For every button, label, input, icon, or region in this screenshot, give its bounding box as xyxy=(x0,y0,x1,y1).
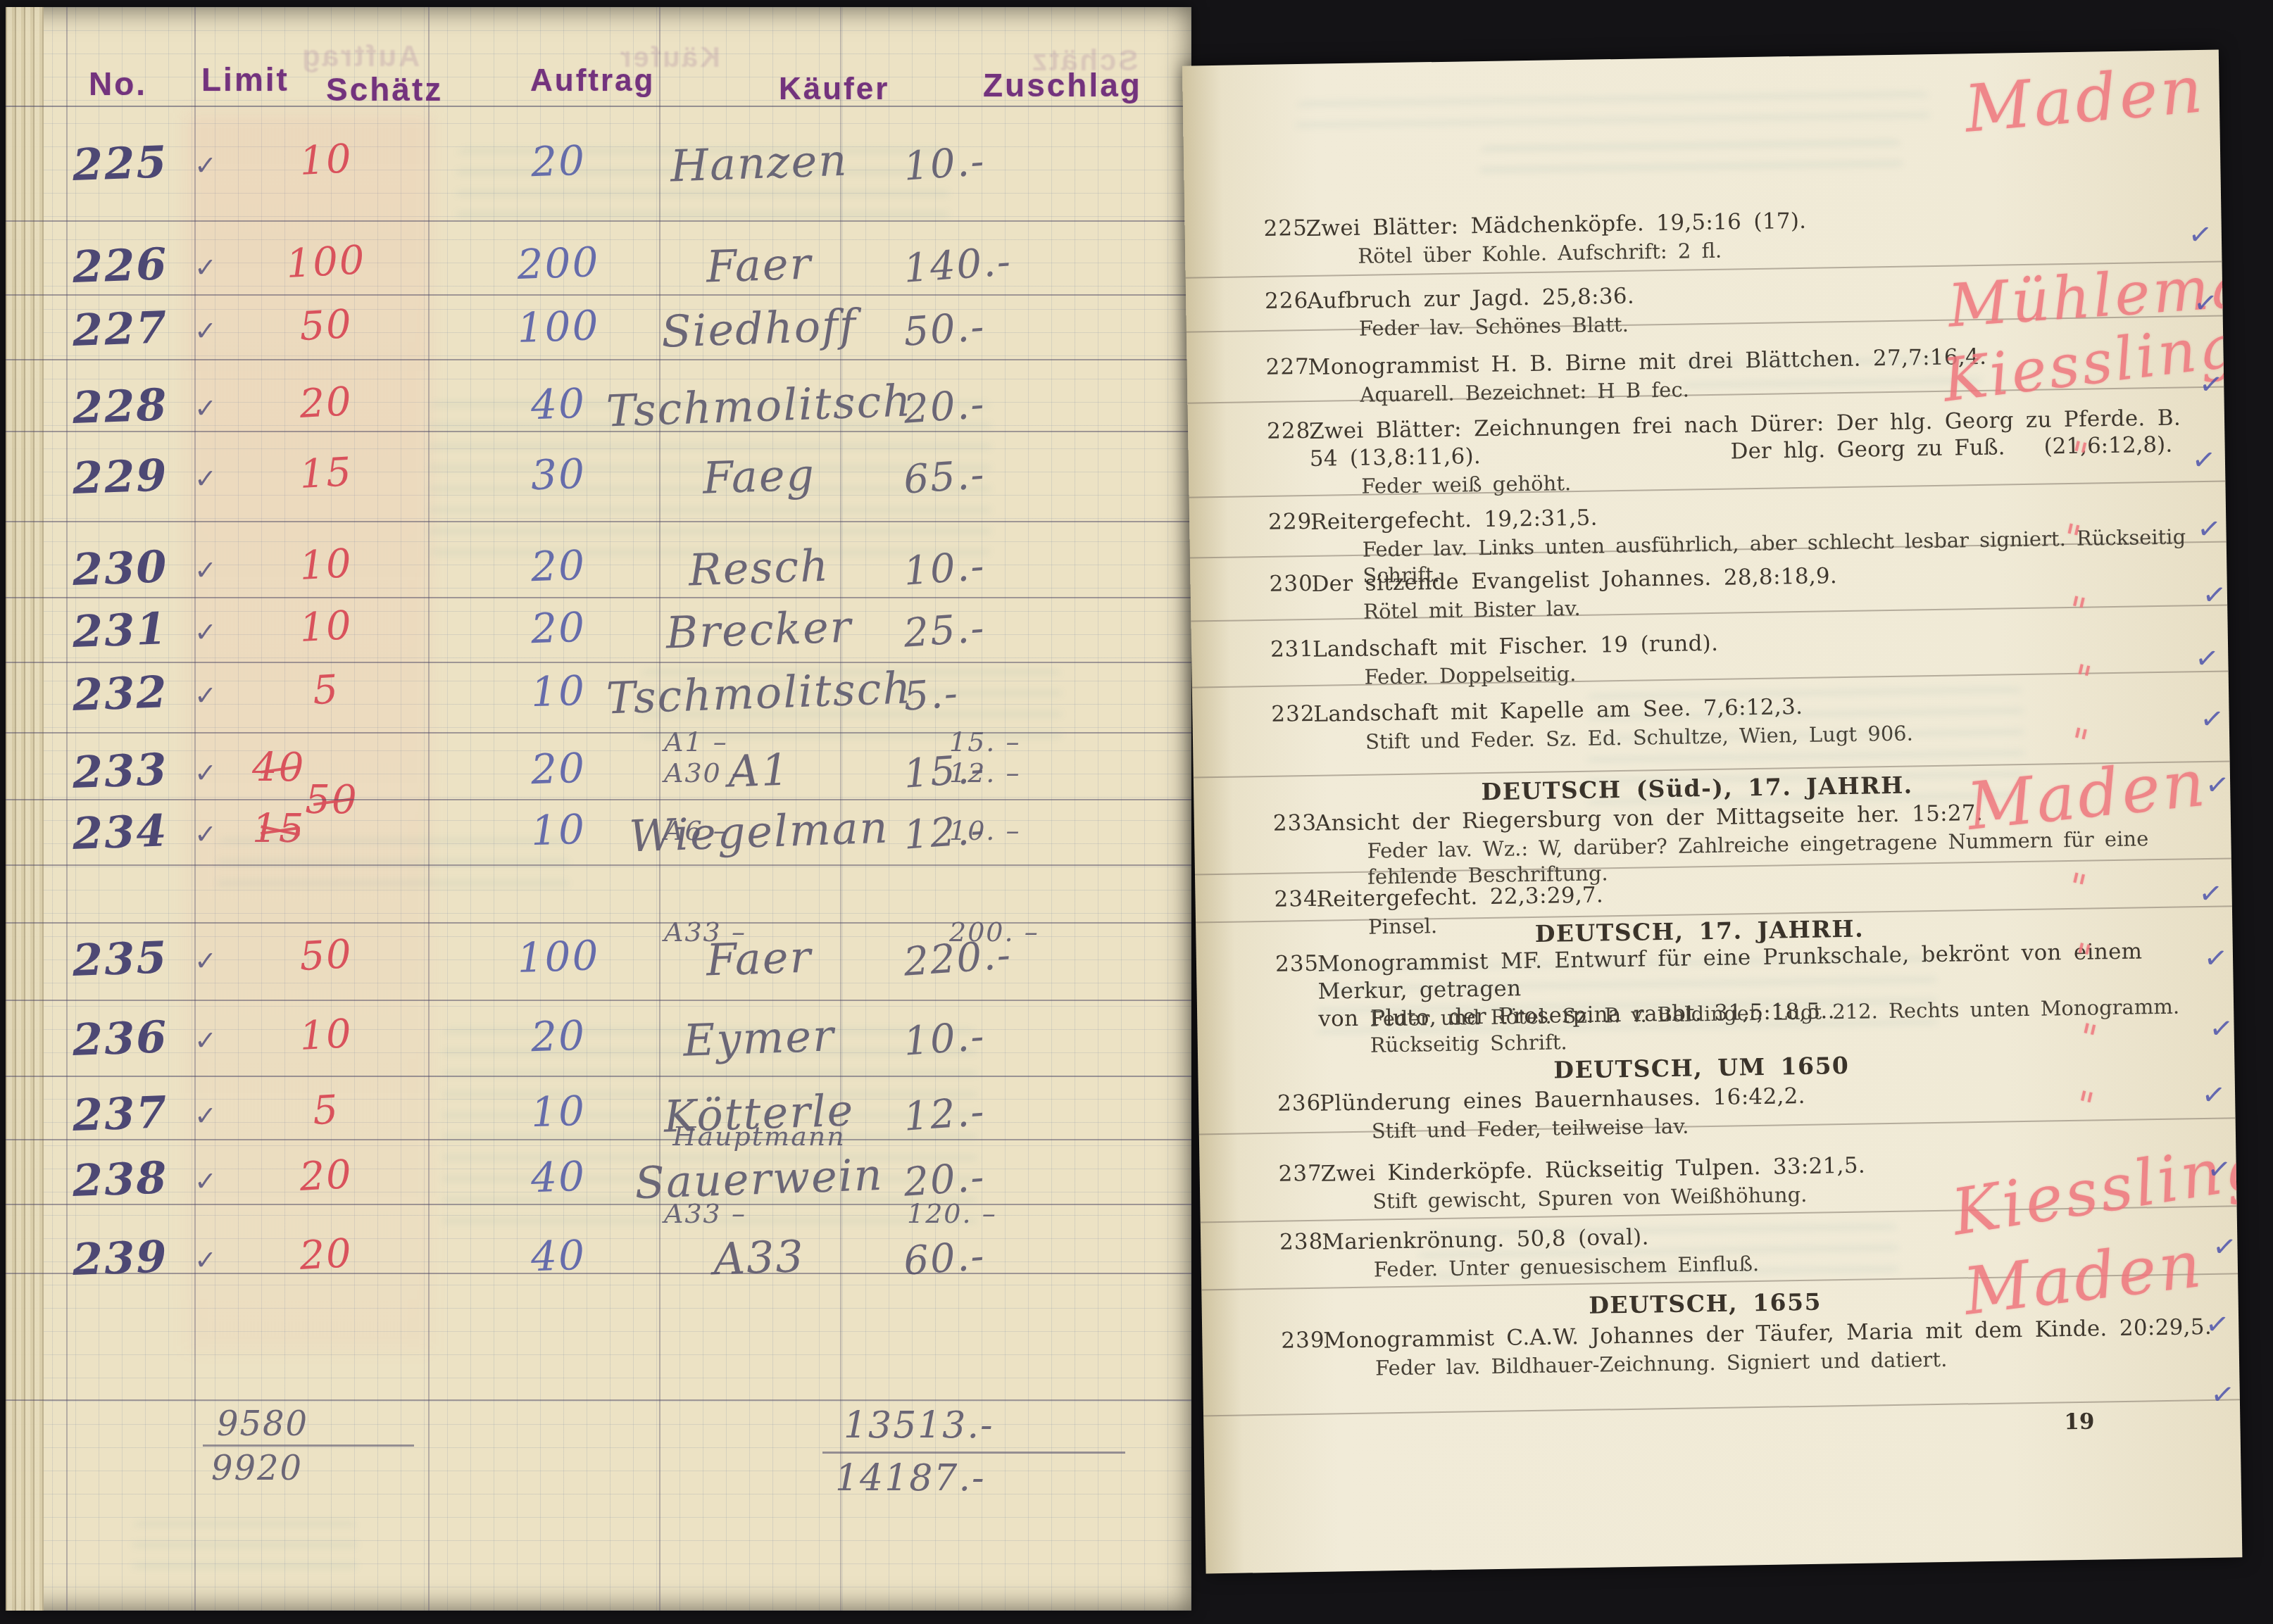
order-amount: 12. – xyxy=(949,757,1021,788)
row-separator xyxy=(6,662,1191,663)
header-limit: Limit xyxy=(201,61,289,99)
margin-checkmark: ✓ xyxy=(2196,512,2223,547)
bleed-through xyxy=(1479,139,1903,182)
book-photo: No. Limit Schätz Auftrag Käufer Zuschlag… xyxy=(0,0,2273,1624)
limit-value: 50 xyxy=(251,929,401,983)
margin-checkmark: ✓ xyxy=(2204,1307,2231,1342)
order-amount: 15. – xyxy=(949,726,1021,757)
limit-value: 20 xyxy=(251,377,401,430)
row-separator xyxy=(6,294,1191,296)
margin-checkmark: ✓ xyxy=(2202,941,2229,976)
order-amount: 200. – xyxy=(949,917,1039,948)
margin-checkmark: ✓ xyxy=(2208,1012,2235,1047)
row-separator xyxy=(6,1273,1191,1274)
order-note: A30 –12. – xyxy=(664,757,1087,788)
row-separator xyxy=(6,431,1191,432)
zuschlag-total: 14187.- xyxy=(835,1457,986,1499)
limit-total: 9920 xyxy=(211,1449,303,1488)
order-note: A6 –10. – xyxy=(664,815,1087,846)
order-amount: 120. – xyxy=(907,1198,997,1229)
limit-value: 15 xyxy=(251,447,401,501)
catalog-page: 225Zwei Blätter: Mädchenköpfe. 19,5:16 (… xyxy=(1182,50,2242,1574)
row-checkmark: ✓ xyxy=(194,945,217,976)
margin-checkmark: ✓ xyxy=(2200,1078,2227,1113)
lot-number: 234 xyxy=(72,804,193,860)
order-code: A1 – xyxy=(664,726,728,757)
limit-value: 10 xyxy=(251,539,401,592)
margin-checkmark: ✓ xyxy=(2198,367,2225,403)
row-checkmark: ✓ xyxy=(194,617,217,648)
total-rule xyxy=(203,1444,414,1447)
row-separator xyxy=(6,359,1191,360)
order-note: A1 –15. – xyxy=(664,726,1087,757)
margin-checkmark: ✓ xyxy=(2192,286,2219,321)
lot-number: 238 xyxy=(72,1151,193,1207)
row-separator xyxy=(6,597,1191,598)
row-checkmark: ✓ xyxy=(194,463,217,494)
catalog-entry: 229Reitergefecht. 19,2:31,5.Feder lav. L… xyxy=(1189,494,2226,510)
lot-number: 233 xyxy=(72,743,193,798)
entry-title-continued-text: Der hlg. Georg zu Fuß. xyxy=(1730,434,2005,464)
total-rule xyxy=(822,1452,1125,1454)
order-code: A6 – xyxy=(664,815,728,846)
bleed-stamp: Schätz xyxy=(1030,44,1138,77)
limit-value: 10 xyxy=(251,134,401,187)
limit-value: 10 xyxy=(251,1009,401,1062)
entry-number: 227 xyxy=(1265,354,1310,380)
entry-number: 225 xyxy=(1263,215,1308,241)
row-checkmark: ✓ xyxy=(194,393,217,424)
row-separator xyxy=(6,220,1191,222)
lot-number: 230 xyxy=(72,540,193,596)
catalog-entry: 225Zwei Blätter: Mädchenköpfe. 19,5:16 (… xyxy=(1184,201,2221,218)
row-checkmark: ✓ xyxy=(194,819,217,850)
page-number: 19 xyxy=(2064,1409,2095,1435)
order-code: A33 – xyxy=(664,1198,746,1229)
margin-checkmark: ✓ xyxy=(2186,218,2214,253)
entry-number: 239 xyxy=(1281,1328,1325,1354)
margin-checkmark: ✓ xyxy=(2211,1230,2238,1265)
lot-number: 235 xyxy=(72,931,193,986)
header-underline xyxy=(6,106,1191,107)
ledger-row: 229✓1530Faeg65.- xyxy=(6,451,1191,535)
limit-value: 5 xyxy=(251,664,401,717)
margin-checkmark: ✓ xyxy=(2198,702,2226,737)
lot-number: 227 xyxy=(72,301,193,356)
lot-number: 226 xyxy=(72,237,193,293)
lot-number: 228 xyxy=(72,378,193,434)
entry-number: 235 xyxy=(1275,951,1320,977)
limit-value: 10 xyxy=(251,600,401,654)
order-note: A33 –120. – xyxy=(664,1198,1087,1229)
entry-number: 229 xyxy=(1268,509,1313,535)
order-note: A33 –200. – xyxy=(664,917,1087,948)
margin-checkmark: ✓ xyxy=(2203,768,2231,803)
catalog-entry: 228Zwei Blätter: Zeichnungen frei nach D… xyxy=(1188,403,2224,420)
order-code: A30 – xyxy=(664,757,746,788)
lot-number: 232 xyxy=(72,665,193,721)
bleed-stamp: Käufer xyxy=(618,42,720,74)
margin-checkmark: ✓ xyxy=(2200,578,2228,613)
row-checkmark: ✓ xyxy=(194,555,217,586)
order-amount: 10. – xyxy=(949,815,1021,846)
row-checkmark: ✓ xyxy=(194,1100,217,1131)
margin-checkmark: ✓ xyxy=(2197,876,2224,912)
row-separator xyxy=(6,1000,1191,1001)
margin-checkmark: ✓ xyxy=(2209,1378,2236,1413)
limit-value: 20 xyxy=(251,1150,401,1203)
lot-number: 225 xyxy=(72,135,193,191)
entry-number: 228 xyxy=(1267,418,1311,444)
row-separator xyxy=(6,1399,1191,1401)
entry-number: 226 xyxy=(1265,288,1309,314)
entry-number: 232 xyxy=(1271,701,1315,727)
bleed-stamp: Auftrag xyxy=(300,39,420,73)
row-checkmark: ✓ xyxy=(194,1245,217,1276)
row-separator xyxy=(6,799,1191,800)
lot-number: 237 xyxy=(72,1085,193,1141)
bleed-through xyxy=(132,1521,358,1584)
row-checkmark: ✓ xyxy=(194,252,217,283)
limit-value: 5 xyxy=(251,1084,401,1138)
zuschlag-subtotal: 13513.- xyxy=(844,1404,994,1447)
row-separator xyxy=(6,521,1191,522)
lot-number: 229 xyxy=(72,448,193,504)
limit-value: 100 xyxy=(251,236,401,289)
ledger-row: 225✓1020Hanzen10.- xyxy=(6,137,1191,222)
entry-dimensions: (21,6:12,8). xyxy=(2043,432,2172,460)
entry-number: 231 xyxy=(1270,636,1315,662)
ledger-page: No. Limit Schätz Auftrag Käufer Zuschlag… xyxy=(6,7,1191,1611)
row-checkmark: ✓ xyxy=(194,150,217,181)
header-kaeufer: Käufer xyxy=(779,72,889,107)
entry-number: 237 xyxy=(1278,1161,1322,1187)
limit-value: 40 xyxy=(252,745,305,791)
row-checkmark: ✓ xyxy=(194,315,217,346)
margin-checkmark: ✓ xyxy=(2190,443,2217,478)
row-checkmark: ✓ xyxy=(194,1025,217,1056)
row-separator xyxy=(6,864,1191,866)
bleed-through xyxy=(1296,91,1930,140)
margin-annotation: Maden xyxy=(1962,51,2208,147)
order-code: A33 – xyxy=(664,917,746,948)
entry-number: 236 xyxy=(1277,1090,1322,1116)
entry-number: 238 xyxy=(1279,1229,1324,1255)
header-schaetz: Schätz xyxy=(326,70,443,108)
margin-checkmark: ✓ xyxy=(2193,641,2221,676)
lot-number: 231 xyxy=(72,602,193,657)
limit-value: 15 xyxy=(252,806,305,852)
entry-number: 234 xyxy=(1274,886,1318,912)
row-checkmark: ✓ xyxy=(194,757,217,788)
row-separator xyxy=(6,1139,1191,1140)
header-no: No. xyxy=(89,65,147,103)
lot-number: 239 xyxy=(72,1230,193,1285)
limit-subtotal: 9580 xyxy=(217,1404,308,1444)
row-separator xyxy=(6,1076,1191,1077)
limit-value: 50 xyxy=(251,299,401,353)
margin-checkmark: ✓ xyxy=(2205,1152,2233,1188)
lot-number: 236 xyxy=(72,1010,193,1066)
ledger-row: 239✓2040A3360.- xyxy=(6,1232,1191,1316)
row-checkmark: ✓ xyxy=(194,1166,217,1197)
row-checkmark: ✓ xyxy=(194,680,217,711)
entry-number: 233 xyxy=(1273,810,1317,836)
entry-number: 230 xyxy=(1269,571,1313,597)
